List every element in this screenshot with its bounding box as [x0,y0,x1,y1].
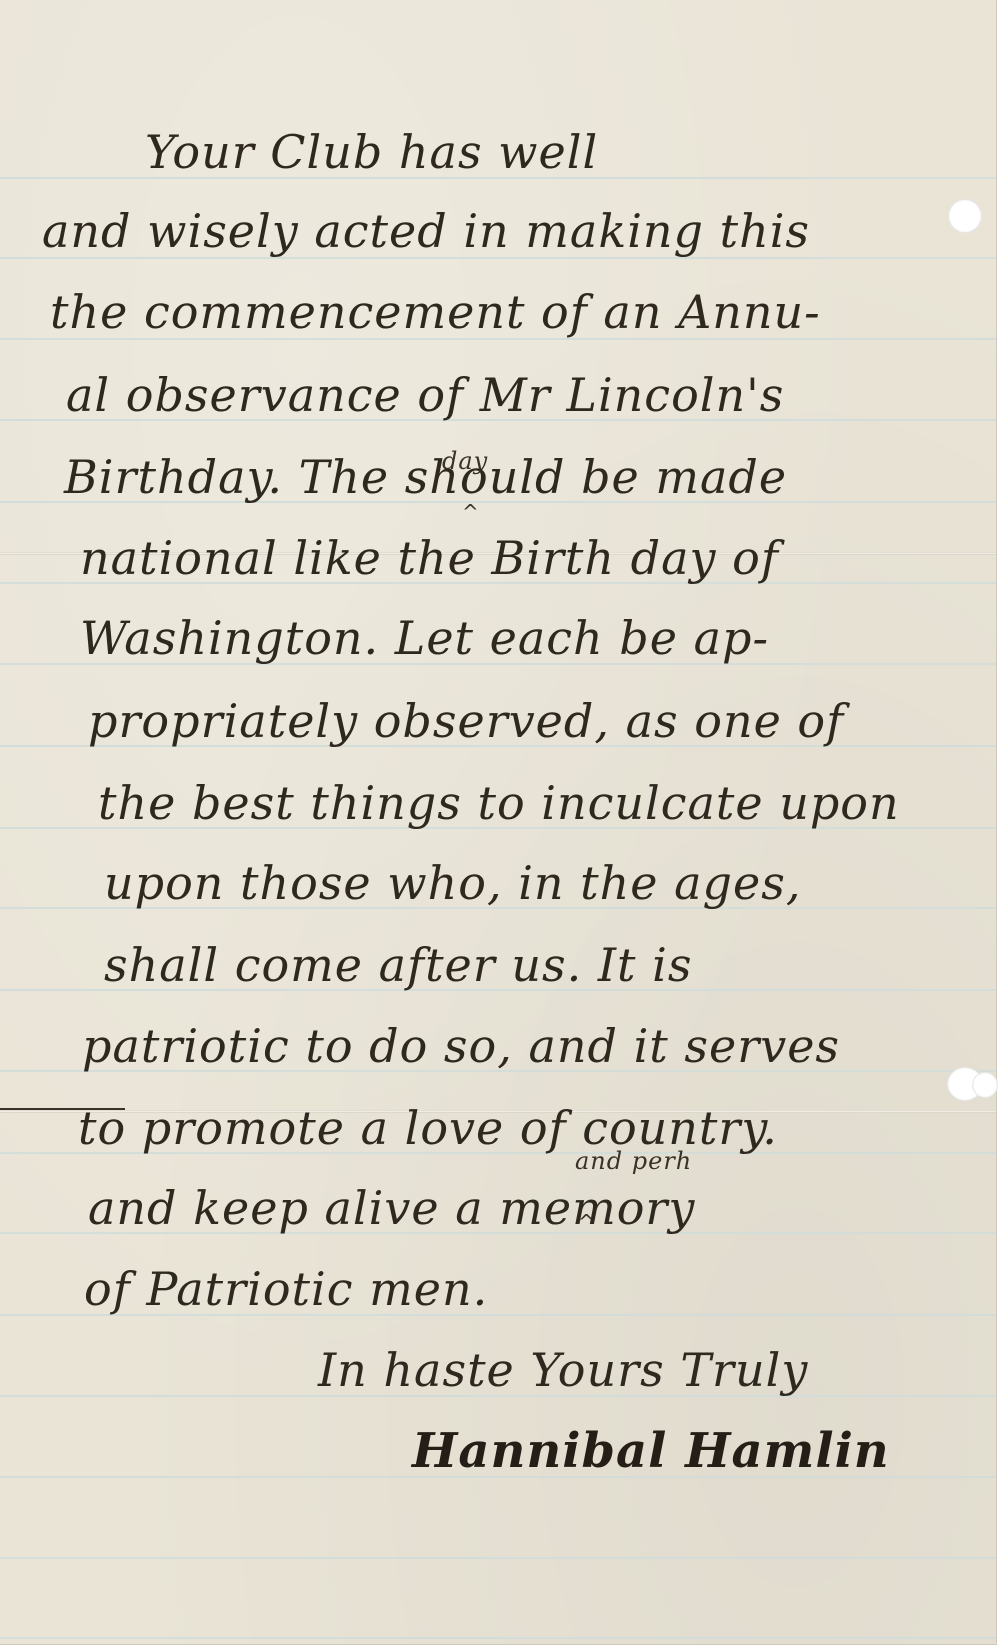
letter-line-13: to promote a love of country. [78,1103,778,1153]
letter-line-7: Washington. Let each be ap- [80,613,769,663]
letter-line-10: upon those who, in the ages, [104,858,801,908]
letter-closing: In haste Yours Truly [318,1345,808,1395]
rule-line [0,1557,996,1559]
letter-line-2: and wisely acted in making this [42,206,810,256]
letter-line-3: the commencement of an Annu- [50,287,821,337]
letter-line-15: of Patriotic men. [84,1264,488,1314]
letter-line-5: Birthday. The should be made [64,452,787,502]
punch-hole [948,199,982,233]
punch-hole [972,1072,998,1098]
letter-page: Your Club has well and wisely acted in m… [0,0,997,1645]
letter-line-8: propriately observed, as one of [88,696,844,746]
letter-line-1: Your Club has well [145,127,598,177]
signature: Hannibal Hamlin [412,1425,890,1477]
rule-line [0,1637,996,1639]
letter-line-9: the best things to inculcate upon [98,778,900,828]
letter-line-6: national like the Birth day of [80,533,779,583]
letter-line-14: and keep alive a memory [88,1183,695,1233]
letter-line-12: patriotic to do so, and it serves [82,1021,840,1071]
letter-line-11: shall come after us. It is [104,940,692,990]
insertion-and-perh: and perh [575,1148,692,1174]
letter-line-4: al observance of Mr Lincoln's [66,370,784,420]
